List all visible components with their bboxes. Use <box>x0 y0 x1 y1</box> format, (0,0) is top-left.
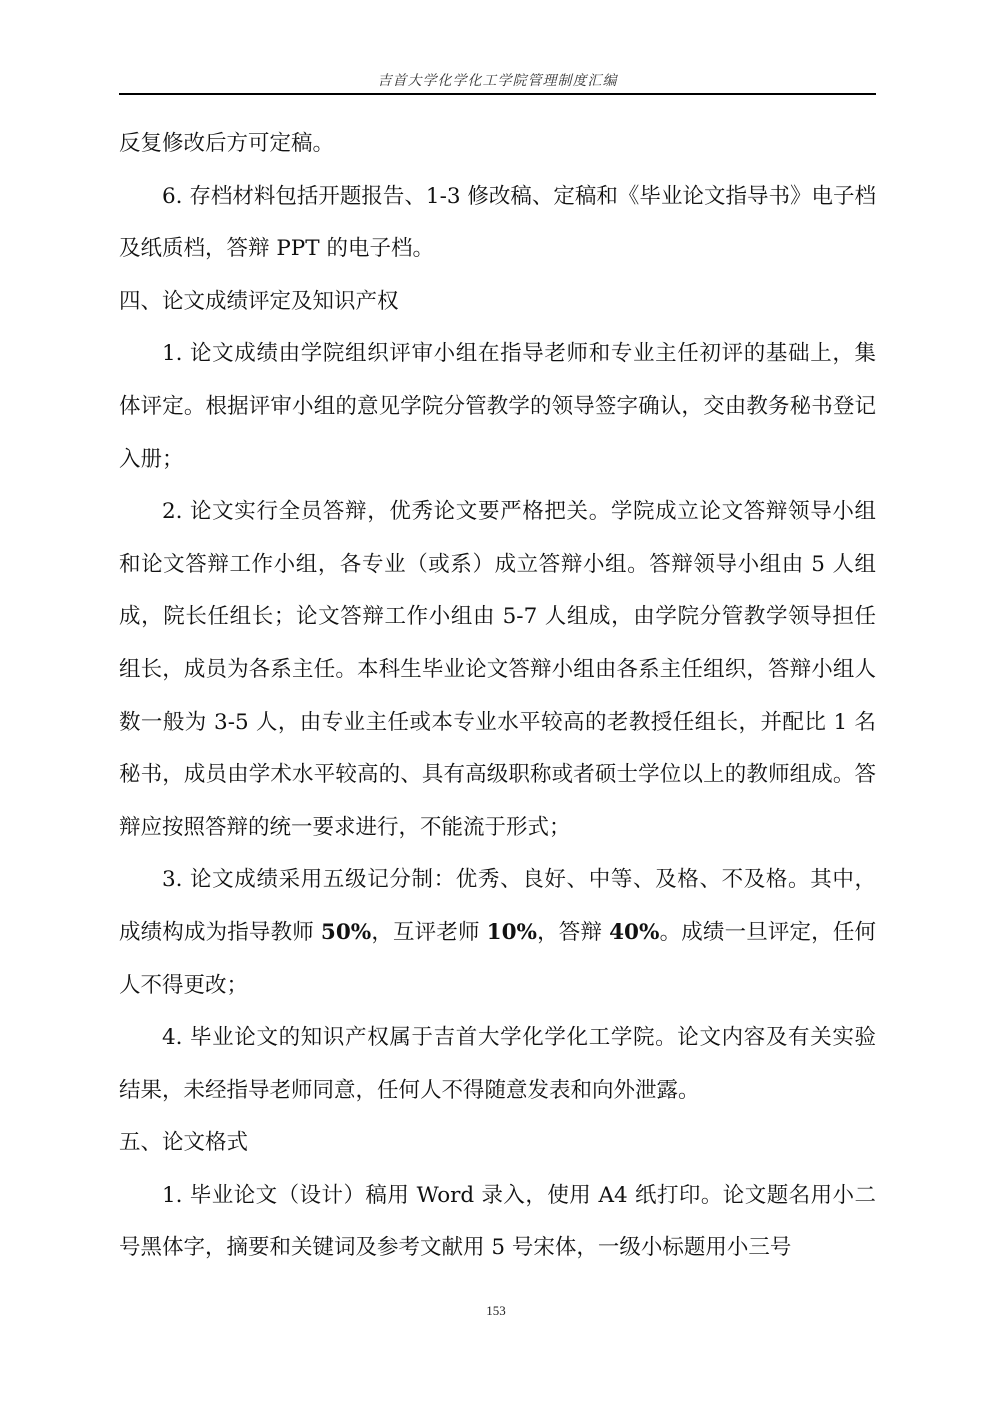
text-run: ，互评老师 <box>371 920 486 945</box>
paragraph-item-3-grading-scale: 3. 论文成绩采用五级记分制：优秀、良好、中等、及格、不及格。其中，成绩构成为指… <box>119 854 876 1012</box>
section-heading-4: 四、论文成绩评定及知识产权 <box>119 276 876 329</box>
page-number: 153 <box>0 1303 992 1319</box>
section-heading-5: 五、论文格式 <box>119 1117 876 1170</box>
paragraph-item-4-intellectual-property: 4. 毕业论文的知识产权属于吉首大学化学化工学院。论文内容及有关实验结果，未经指… <box>119 1012 876 1117</box>
document-body: 反复修改后方可定稿。 6. 存档材料包括开题报告、1-3 修改稿、定稿和《毕业论… <box>119 118 876 1275</box>
paragraph-item-1-format: 1. 毕业论文（设计）稿用 Word 录入，使用 A4 纸打印。论文题名用小二号… <box>119 1170 876 1275</box>
header-divider <box>119 93 876 95</box>
running-header: 吉首大学化学化工学院管理制度汇编 <box>119 70 876 90</box>
text-run: ，答辩 <box>537 920 609 945</box>
peer-review-weight: 10% <box>487 920 537 945</box>
defense-weight: 40% <box>609 920 659 945</box>
paragraph-continuation: 反复修改后方可定稿。 <box>119 118 876 171</box>
paragraph-item-6-archive-materials: 6. 存档材料包括开题报告、1-3 修改稿、定稿和《毕业论文指导书》电子档及纸质… <box>119 171 876 276</box>
supervisor-weight: 50% <box>321 920 371 945</box>
paragraph-item-2-defense: 2. 论文实行全员答辩，优秀论文要严格把关。学院成立论文答辩领导小组和论文答辩工… <box>119 486 876 854</box>
paragraph-item-1-grade-evaluation: 1. 论文成绩由学院组织评审小组在指导老师和专业主任初评的基础上，集体评定。根据… <box>119 328 876 486</box>
